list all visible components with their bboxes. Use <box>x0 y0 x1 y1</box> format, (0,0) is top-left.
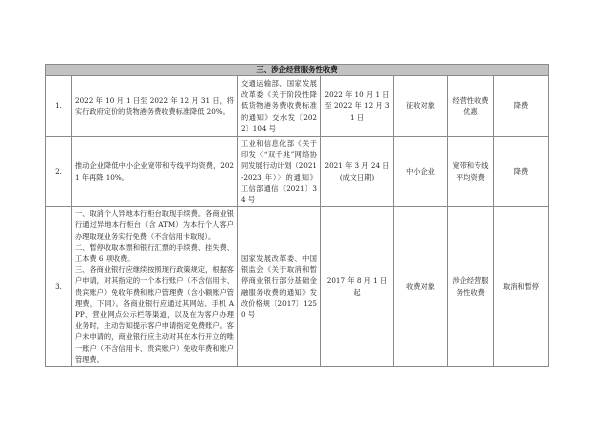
policy-content: 2022 年 10 月 1 日至 2022 年 12 月 31 日，将实行政府定… <box>72 76 238 137</box>
effective-date: 2017 年 8 月 1 日起 <box>321 207 394 367</box>
table-row: 1. 2022 年 10 月 1 日至 2022 年 12 月 31 日，将实行… <box>46 76 549 137</box>
policy-paragraph: 2022 年 10 月 1 日至 2022 年 12 月 31 日，将实行政府定… <box>75 95 234 117</box>
table-row: 3. 一、取消个人异地本行柜台取现手续费。各商业银行通过异地本行柜台（含 ATM… <box>46 207 549 367</box>
fee-policy-table: 三、涉企经营服务性收费 1. 2022 年 10 月 1 日至 2022 年 1… <box>45 64 549 367</box>
section-title: 三、涉企经营服务性收费 <box>46 65 549 76</box>
row-index: 1. <box>46 76 72 137</box>
target-group: 收费对象 <box>394 207 448 367</box>
policy-paragraph: 一、取消个人异地本行柜台取现手续费。各商业银行通过异地本行柜台（含 ATM）为本… <box>75 208 234 242</box>
row-index: 2. <box>46 137 72 207</box>
policy-paragraph: 二、暂停收取本票和银行汇票的手续费、挂失费、工本费 6 项收费。 <box>75 242 234 264</box>
measure-type: 降费 <box>494 76 549 137</box>
section-header-row: 三、涉企经营服务性收费 <box>46 65 549 76</box>
fee-category: 涉企经营服务性收费 <box>448 207 494 367</box>
fee-category: 经营性收费优惠 <box>448 76 494 137</box>
table-row: 2. 推动企业降低中小企业宽带和专线平均资费，2021 年再降 10%。 工业和… <box>46 137 549 207</box>
policy-basis: 交通运输部、国家发展改革委《关于阶段性降低货物港务费收费标准的通知》交水发〔20… <box>238 76 321 137</box>
row-index: 3. <box>46 207 72 367</box>
effective-date: 2021 年 3 月 24 日(成文日期) <box>321 137 394 207</box>
fee-category: 宽带和专线平均资费 <box>448 137 494 207</box>
policy-paragraph: 三、各商业银行应继续按照现行政策规定，根据客户申请，对其指定的一个本行账户（不含… <box>75 264 234 365</box>
policy-basis: 工业和信息化部《关于印发〈“双千兆”网络协同发展行动计划（2021-2023 年… <box>238 137 321 207</box>
policy-paragraph: 推动企业降低中小企业宽带和专线平均资费，2021 年再降 10%。 <box>75 160 234 182</box>
measure-type: 取消和暂停 <box>494 207 549 367</box>
policy-basis: 国家发展改革委、中国银监会《关于取消和暂停商业银行部分基础金融服务收费的通知》发… <box>238 207 321 367</box>
effective-date: 2022 年 10 月 1 日至 2022 年 12 月 31 日 <box>321 76 394 137</box>
policy-content: 一、取消个人异地本行柜台取现手续费。各商业银行通过异地本行柜台（含 ATM）为本… <box>72 207 238 367</box>
target-group: 中小企业 <box>394 137 448 207</box>
target-group: 征收对象 <box>394 76 448 137</box>
policy-content: 推动企业降低中小企业宽带和专线平均资费，2021 年再降 10%。 <box>72 137 238 207</box>
measure-type: 降费 <box>494 137 549 207</box>
